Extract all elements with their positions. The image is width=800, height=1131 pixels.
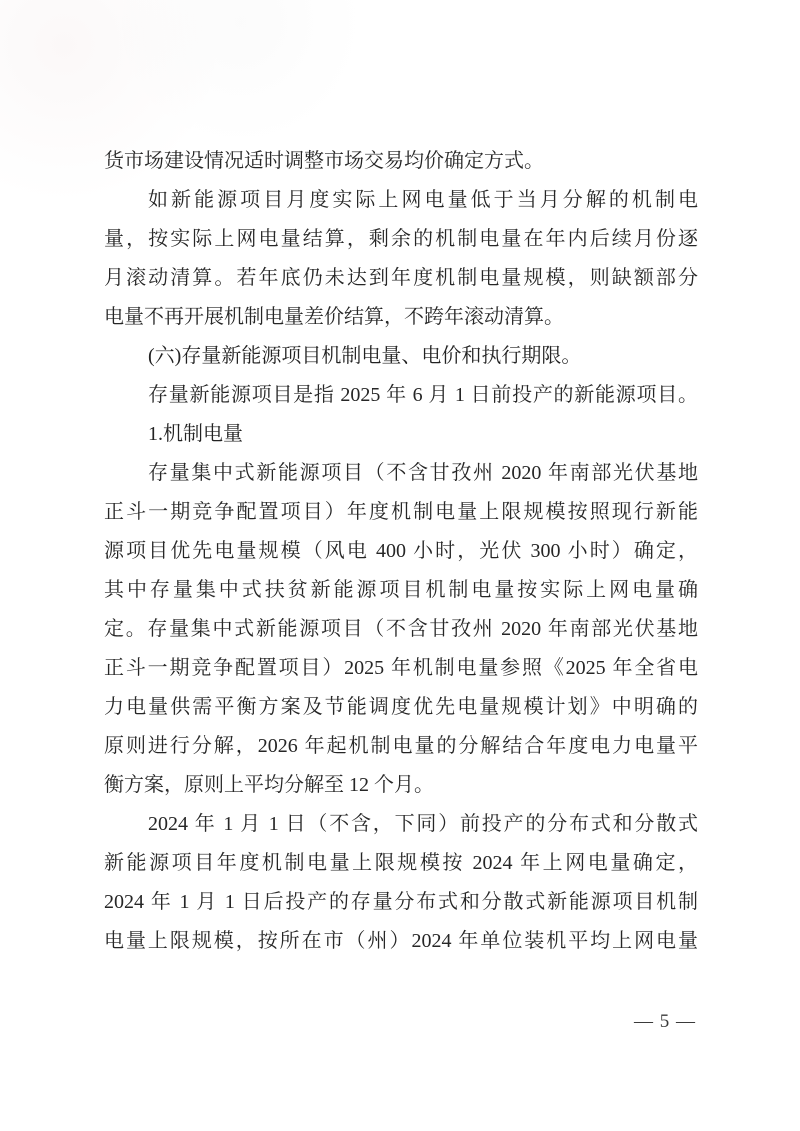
subsection-heading: 1.机制电量	[104, 415, 698, 454]
document-line: 货市场建设情况适时调整市场交易均价确定方式。	[104, 142, 698, 181]
document-line: 源项目优先电量规模（风电 400 小时，光伏 300 小时）确定，	[104, 532, 698, 571]
page-number: — 5 —	[634, 1010, 696, 1034]
document-line: 定。存量集中式新能源项目（不含甘孜州 2020 年南部光伏基地	[104, 610, 698, 649]
document-line: 2024 年 1 月 1 日（不含，下同）前投产的分布式和分散式	[104, 805, 698, 844]
document-line: 量，按实际上网电量结算，剩余的机制电量在年内后续月份逐	[104, 220, 698, 259]
document-line: 新能源项目年度机制电量上限规模按 2024 年上网电量确定，	[104, 844, 698, 883]
section-heading: (六)存量新能源项目机制电量、电价和执行期限。	[104, 337, 698, 376]
document-line: 电量不再开展机制电量差价结算，不跨年滚动清算。	[104, 298, 698, 337]
document-line: 力电量供需平衡方案及节能调度优先电量规模计划》中明确的	[104, 688, 698, 727]
document-line: 存量集中式新能源项目（不含甘孜州 2020 年南部光伏基地	[104, 454, 698, 493]
document-body: 货市场建设情况适时调整市场交易均价确定方式。 如新能源项目月度实际上网电量低于当…	[104, 142, 698, 961]
document-page: 货市场建设情况适时调整市场交易均价确定方式。 如新能源项目月度实际上网电量低于当…	[0, 0, 800, 1131]
document-line: 正斗一期竞争配置项目）年度机制电量上限规模按照现行新能	[104, 493, 698, 532]
document-line: 原则进行分解，2026 年起机制电量的分解结合年度电力电量平	[104, 727, 698, 766]
document-line: 月滚动清算。若年底仍未达到年度机制电量规模，则缺额部分	[104, 259, 698, 298]
document-line: 存量新能源项目是指 2025 年 6 月 1 日前投产的新能源项目。	[104, 376, 698, 415]
document-line: 电量上限规模，按所在市（州）2024 年单位装机平均上网电量	[104, 922, 698, 961]
document-line: 衡方案，原则上平均分解至 12 个月。	[104, 766, 698, 805]
document-line: 2024 年 1 月 1 日后投产的存量分布式和分散式新能源项目机制	[104, 883, 698, 922]
document-line: 其中存量集中式扶贫新能源项目机制电量按实际上网电量确	[104, 571, 698, 610]
document-line: 如新能源项目月度实际上网电量低于当月分解的机制电	[104, 181, 698, 220]
document-line: 正斗一期竞争配置项目）2025 年机制电量参照《2025 年全省电	[104, 649, 698, 688]
